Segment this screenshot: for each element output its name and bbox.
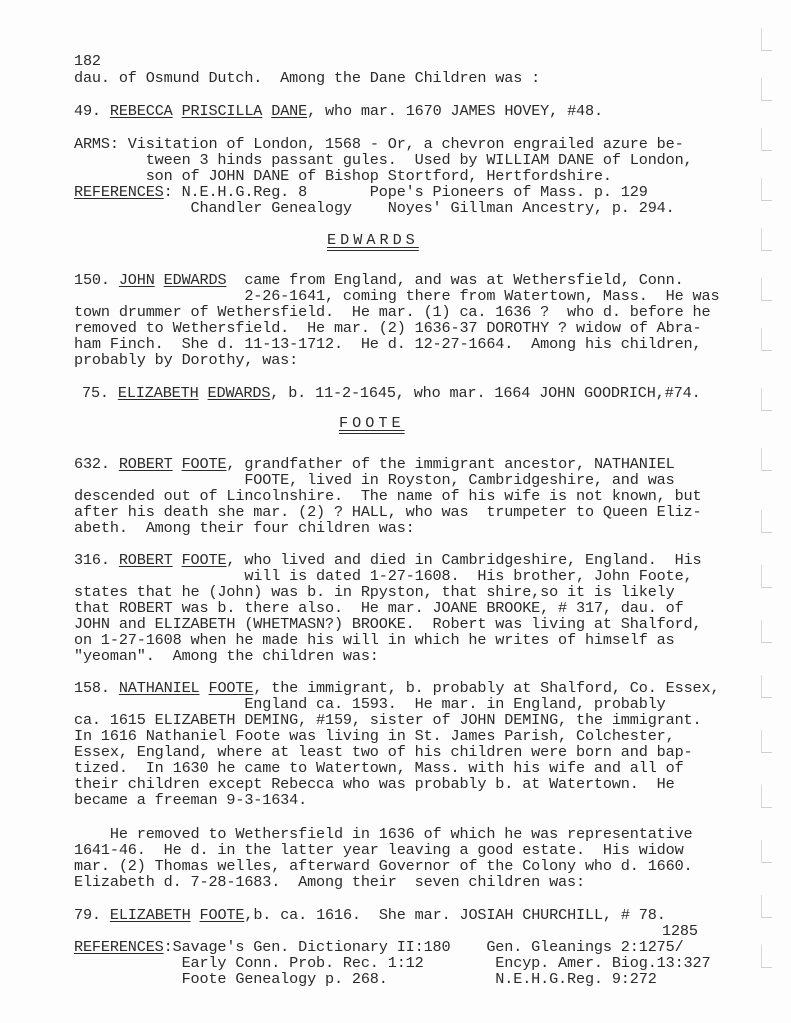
entry-number: 49. [74, 102, 101, 120]
entry-150-line-2: 2-26-1641, coming there from Watertown, … [74, 288, 719, 304]
margin-note: 1285 [662, 923, 698, 939]
margin-mark [761, 785, 772, 808]
entry-75: 75. ELIZABETH EDWARDS, b. 11-2-1645, who… [82, 385, 701, 401]
person-surname: DANE [271, 102, 307, 120]
margin-mark [761, 278, 772, 301]
entry-632-line-3: descended out of Lincolnshire. The name … [74, 488, 701, 504]
arms-line-3: son of JOHN DANE of Bishop Stortford, He… [74, 168, 612, 184]
dane-references-line-1: REFERENCES: N.E.H.G.Reg. 8 Pope's Pionee… [74, 184, 648, 200]
entry-316-line-6: on 1-27-1608 when he made his will in wh… [74, 632, 675, 648]
entry-158-para2-line-1: He removed to Wethersfield in 1636 of wh… [74, 826, 693, 842]
margin-mark [761, 128, 772, 151]
foote-references-line-1: REFERENCES:Savage's Gen. Dictionary II:1… [74, 939, 684, 955]
entry-158-line-7: their children except Rebecca who was pr… [74, 776, 675, 792]
foote-references-line-2: Early Conn. Prob. Rec. 1:12 Encyp. Amer.… [74, 955, 710, 971]
entry-158-line-2: England ca. 1593. He mar. in England, pr… [74, 696, 666, 712]
entry-158-line-6: tized. In 1630 he came to Watertown, Mas… [74, 760, 684, 776]
entry-150-line-5: ham Finch. She d. 11-13-1712. He d. 12-2… [74, 336, 701, 352]
margin-mark [761, 178, 772, 201]
margin-mark [761, 565, 772, 588]
entry-316-line-5: JOHN and ELIZABETH (WHETMASN?) BROOKE. R… [74, 616, 701, 632]
margin-mark [761, 228, 772, 251]
intro-line: dau. of Osmund Dutch. Among the Dane Chi… [74, 70, 540, 86]
entry-158-para2-line-4: Elizabeth d. 7-28-1683. Among their seve… [74, 874, 585, 890]
entry-150-line-3: town drummer of Wethersfield. He mar. (1… [74, 304, 710, 320]
entry-158-line-4: In 1616 Nathaniel Foote was living in St… [74, 728, 675, 744]
entry-316-line-4: that ROBERT was b. there also. He mar. J… [74, 600, 684, 616]
margin-mark [761, 945, 772, 968]
arms-line-1: ARMS: Visitation of London, 1568 - Or, a… [74, 136, 684, 152]
entry-150-line-1: 150. JOHN EDWARDS came from England, and… [74, 272, 684, 288]
section-heading-foote: FOOTE [339, 415, 405, 431]
entry-316-line-7: "yeoman". Among the children was: [74, 648, 379, 664]
entry-150-line-4: removed to Wethersfield. He mar. (2) 163… [74, 320, 701, 336]
margin-mark [761, 448, 772, 471]
margin-mark [761, 840, 772, 863]
margin-mark [761, 78, 772, 101]
entry-632-line-4: after his death she mar. (2) ? HALL, who… [74, 504, 701, 520]
foote-references-line-3: Foote Genealogy p. 268. N.E.H.G.Reg. 9:2… [74, 971, 657, 987]
person-first-name: ELIZABETH [110, 906, 191, 924]
margin-mark [761, 28, 772, 51]
entry-49: 49. REBECCA PRISCILLA DANE, who mar. 167… [74, 103, 603, 119]
entry-158-line-1: 158. NATHANIEL FOOTE, the immigrant, b. … [74, 680, 719, 696]
person-first-name: REBECCA [110, 102, 173, 120]
entry-158-line-8: became a freeman 9-3-1634. [74, 792, 307, 808]
page-number: 182 [74, 53, 101, 69]
dane-references-line-2: Chandler Genealogy Noyes' Gillman Ancest… [74, 200, 675, 216]
entry-316-line-1: 316. ROBERT FOOTE, who lived and died in… [74, 552, 702, 568]
margin-mark [761, 510, 772, 533]
margin-mark [761, 328, 772, 351]
entry-632-line-2: FOOTE, lived in Royston, Cambridgeshire,… [74, 472, 675, 488]
margin-mark [761, 895, 772, 918]
person-middle-name: PRISCILLA [182, 102, 263, 120]
entry-158-line-5: Essex, England, where at least two of hi… [74, 744, 693, 760]
entry-316-line-2: will is dated 1-27-1608. His brother, Jo… [74, 568, 693, 584]
entry-79: 79. ELIZABETH FOOTE,b. ca. 1616. She mar… [74, 907, 666, 923]
person-surname: EDWARDS [208, 384, 271, 402]
entry-150-line-6: probably by Dorothy, was: [74, 352, 298, 368]
section-heading-edwards: EDWARDS [327, 232, 419, 248]
margin-mark [761, 388, 772, 411]
document-page: 182 dau. of Osmund Dutch. Among the Dane… [0, 0, 791, 1023]
person-first-name: ELIZABETH [118, 384, 199, 402]
entry-632-line-5: abeth. Among their four children was: [74, 520, 415, 536]
margin-mark [761, 675, 772, 698]
person-surname: FOOTE [200, 906, 245, 924]
margin-mark [761, 730, 772, 753]
entry-158-para2-line-2: 1641-46. He d. in the latter year leavin… [74, 842, 684, 858]
entry-text: , who mar. 1670 JAMES HOVEY, #48. [307, 102, 603, 120]
entry-158-para2-line-3: mar. (2) Thomas welles, afterward Govern… [74, 858, 693, 874]
entry-632-line-1: 632. ROBERT FOOTE, grandfather of the im… [74, 456, 675, 472]
entry-158-line-3: ca. 1615 ELIZABETH DEMING, #159, sister … [74, 712, 701, 728]
arms-line-2: tween 3 hinds passant gules. Used by WIL… [74, 152, 693, 168]
entry-316-line-3: states that he (John) was b. in Rpyston,… [74, 584, 675, 600]
margin-mark [761, 620, 772, 643]
